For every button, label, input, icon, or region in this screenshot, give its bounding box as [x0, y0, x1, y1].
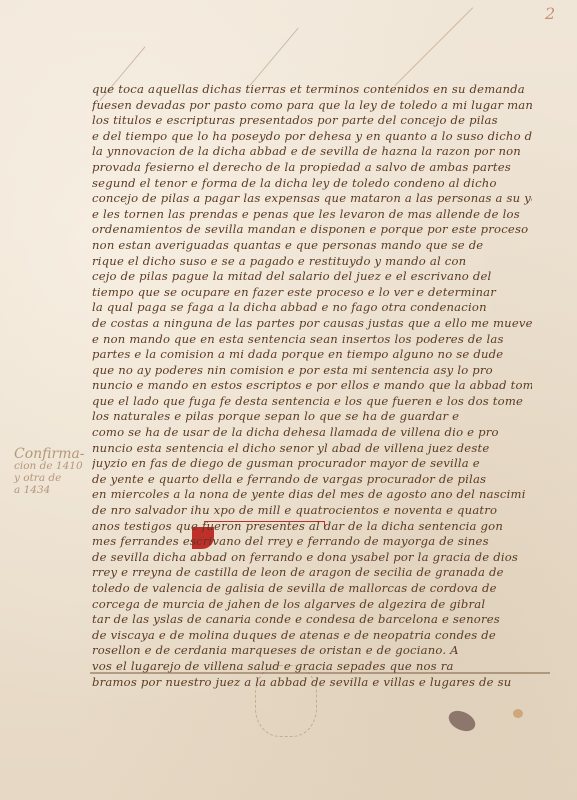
text-line: como se ha de usar de la dicha dehesa ll… [92, 425, 532, 441]
text-line: nuncio e mando en estos escriptos e por … [92, 378, 532, 394]
text-line: los titulos e escripturas presentados po… [92, 113, 532, 129]
margin-note-line: a 1434 [14, 484, 84, 496]
text-line: e les tornen las prendas e penas que les… [92, 207, 532, 223]
text-line: tiempo que se ocupare en fazer este proc… [92, 285, 532, 301]
margin-note-line: y otra de [14, 472, 84, 484]
text-line: mes ferrandes escrivano del rrey e ferra… [92, 534, 532, 550]
text-line: la ynnovacion de la dicha abbad e de sev… [92, 144, 532, 160]
text-line: corcega de murcia de jahen de los algarv… [92, 597, 532, 613]
text-line: de sevilla dicha abbad on ferrando e don… [92, 550, 532, 566]
text-line: ordenamientos de sevilla mandan e dispon… [92, 222, 532, 238]
text-line: e del tiempo que lo ha poseydo por dehes… [92, 129, 532, 145]
text-line: juyzio en fas de diego de gusman procura… [92, 456, 532, 472]
notary-sign [255, 665, 317, 737]
text-line: cejo de pilas pague la mitad del salario… [92, 269, 532, 285]
text-line: de costas a ninguna de las partes por ca… [92, 316, 532, 332]
text-line: e non mando que en esta sentencia sean i… [92, 332, 532, 348]
text-line: toledo de valencia de galisia de sevilla… [92, 581, 532, 597]
text-line: rosellon e de cerdania marqueses de oris… [92, 643, 532, 659]
ink-stain [446, 707, 479, 735]
text-line: provada fesierno el derecho de la propie… [92, 160, 532, 176]
text-line: la qual paga se faga a la dicha abbad e … [92, 300, 532, 316]
ruling-line [395, 7, 473, 85]
text-line: de yente e quarto della e ferrando de va… [92, 472, 532, 488]
text-line: rrey e rreyna de castilla de leon de ara… [92, 565, 532, 581]
text-line: fuesen devadas por pasto como para que l… [92, 98, 532, 114]
paper-stain [513, 709, 523, 718]
text-line: que toca aquellas dichas tierras et term… [92, 82, 532, 98]
manuscript-page: 2 Confirma- cion de 1410 y otra de a 143… [0, 0, 577, 800]
text-line: que el lado que fuga fe desta sentencia … [92, 394, 532, 410]
text-line: tar de las yslas de canaria conde e cond… [92, 612, 532, 628]
text-line: partes e la comision a mi dada porque en… [92, 347, 532, 363]
text-line: segund el tenor e forma de la dicha ley … [92, 176, 532, 192]
manuscript-text: que toca aquellas dichas tierras et term… [92, 82, 532, 690]
text-line: de viscaya e de molina duques de atenas … [92, 628, 532, 644]
closing-rule [90, 672, 550, 674]
margin-note: Confirma- cion de 1410 y otra de a 1434 [14, 448, 84, 496]
margin-note-line: Confirma- [14, 448, 84, 460]
text-line: de nro salvador ihu xpo de mill e quatro… [92, 503, 532, 519]
text-line: los naturales e pilas porque sepan lo qu… [92, 409, 532, 425]
folio-number: 2 [545, 4, 555, 23]
text-line: que no ay poderes nin comision e por est… [92, 363, 532, 379]
text-line: rique el dicho suso e se a pagado e rest… [92, 254, 532, 270]
text-line: concejo de pilas a pagar las expensas qu… [92, 191, 532, 207]
text-line: en miercoles a la nona de yente dias del… [92, 487, 532, 503]
margin-note-line: cion de 1410 [14, 460, 84, 472]
text-line: anos testigos que fueron presentes al da… [92, 519, 532, 535]
text-line: non estan averiguadas quantas e que pers… [92, 238, 532, 254]
text-line: nuncio esta sentencia el dicho senor yl … [92, 441, 532, 457]
ruling-line [250, 28, 299, 86]
